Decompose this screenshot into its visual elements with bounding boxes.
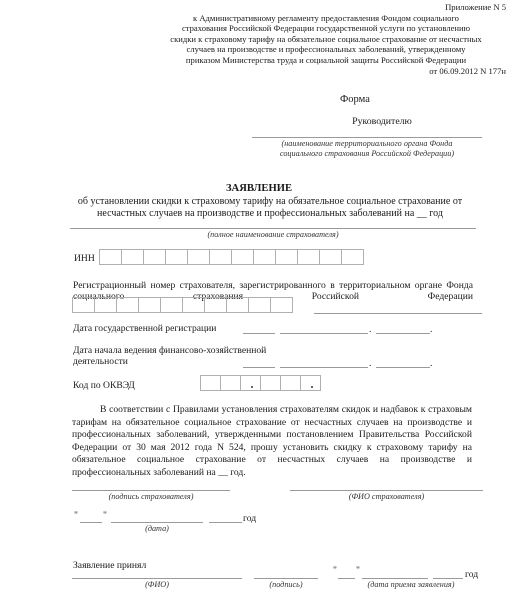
appendix-number: Приложение N 5 <box>146 2 506 13</box>
digit-box[interactable] <box>138 297 161 313</box>
digit-box[interactable] <box>275 249 298 265</box>
accepted-signature-field[interactable] <box>254 578 318 579</box>
digit-box[interactable] <box>165 249 188 265</box>
okved-label: Код по ОКВЭД <box>73 380 135 391</box>
inn-field[interactable] <box>100 249 364 265</box>
insurer-signature-note: (подпись страхователя) <box>72 492 230 502</box>
digit-box[interactable] <box>300 375 321 391</box>
state-reg-day-field[interactable] <box>243 333 275 334</box>
inn-label: ИНН <box>74 253 95 264</box>
activity-month-field[interactable] <box>280 367 368 368</box>
quote-open: " <box>333 565 337 576</box>
insurer-signature-field[interactable] <box>72 490 230 491</box>
digit-box[interactable] <box>143 249 166 265</box>
digit-box[interactable] <box>341 249 364 265</box>
digit-box[interactable] <box>270 297 293 313</box>
digit-box[interactable] <box>260 375 281 391</box>
document-title: ЗАЯВЛЕНИЕ <box>0 183 518 194</box>
digit-box[interactable] <box>220 375 241 391</box>
activity-start-date-label: Дата начала ведения финансово-хозяйствен… <box>73 345 266 367</box>
digit-box[interactable] <box>200 375 221 391</box>
insurer-name-field[interactable] <box>70 228 476 229</box>
digit-box[interactable] <box>94 297 117 313</box>
accepted-label: Заявление принял <box>73 560 146 571</box>
activity-year-field[interactable] <box>376 367 430 368</box>
digit-box[interactable] <box>319 249 342 265</box>
form-label: Форма <box>340 94 370 105</box>
insurer-fio-note: (ФИО страхователя) <box>290 492 483 502</box>
accepted-fio-field[interactable] <box>72 578 242 579</box>
year-label: год <box>465 569 478 580</box>
separator-dot: . <box>430 358 432 369</box>
accepted-date-note: (дата приема заявления) <box>356 580 466 590</box>
registration-extra-field[interactable] <box>314 313 482 314</box>
digit-box[interactable] <box>253 249 276 265</box>
registration-number-field[interactable] <box>73 297 293 313</box>
accepted-month-field[interactable] <box>362 578 428 579</box>
digit-box[interactable] <box>116 297 139 313</box>
quote-open: " <box>74 510 78 521</box>
header-line: приказом Министерства труда и социальной… <box>146 55 506 66</box>
digit-box[interactable] <box>226 297 249 313</box>
quote-close: " <box>356 565 360 576</box>
digit-box[interactable] <box>204 297 227 313</box>
accepted-day-field[interactable] <box>338 578 355 579</box>
separator-dot: . <box>369 324 371 335</box>
addressee-note-line: (наименование территориального органа Фо… <box>252 139 482 149</box>
dot-separator <box>251 386 253 388</box>
digit-box[interactable] <box>99 249 122 265</box>
accepted-year-field[interactable] <box>433 578 463 579</box>
addressee-label: Руководителю <box>340 116 424 127</box>
accepted-fio-note: (ФИО) <box>72 580 242 590</box>
digit-box[interactable] <box>187 249 210 265</box>
appendix-header: Приложение N 5 к Административному регла… <box>146 2 506 76</box>
digit-box[interactable] <box>297 249 320 265</box>
addressee-field[interactable] <box>252 137 482 138</box>
state-reg-year-field[interactable] <box>376 333 430 334</box>
digit-box[interactable] <box>248 297 271 313</box>
header-line: к Административному регламенту предостав… <box>146 13 506 24</box>
digit-box[interactable] <box>209 249 232 265</box>
addressee-note-line: социального страхования Российской Федер… <box>252 149 482 159</box>
header-line: страхования Российской Федерации государ… <box>146 23 506 34</box>
addressee-note: (наименование территориального органа Фо… <box>252 139 482 159</box>
separator-dot: . <box>369 358 371 369</box>
signature-date-note: (дата) <box>111 524 203 534</box>
digit-box[interactable] <box>240 375 261 391</box>
order-reference: от 06.09.2012 N 177н <box>146 66 506 77</box>
digit-box[interactable] <box>72 297 95 313</box>
digit-box[interactable] <box>121 249 144 265</box>
digit-box[interactable] <box>231 249 254 265</box>
signature-day-field[interactable] <box>80 522 102 523</box>
digit-box[interactable] <box>280 375 301 391</box>
separator-dot: . <box>430 324 432 335</box>
document-subtitle: об установлении скидки к страховому тари… <box>60 196 480 220</box>
state-registration-date-label: Дата государственной регистрации <box>73 323 216 334</box>
dot-separator <box>311 386 313 388</box>
quote-close: " <box>103 510 107 521</box>
digit-box[interactable] <box>160 297 183 313</box>
year-label: год <box>243 513 256 524</box>
accepted-signature-note: (подпись) <box>254 580 318 590</box>
request-paragraph: В соответствии с Правилами установления … <box>72 404 472 480</box>
insurer-name-note: (полное наименование страхователя) <box>70 230 476 240</box>
state-reg-month-field[interactable] <box>280 333 368 334</box>
okved-field[interactable] <box>201 375 321 391</box>
header-line: скидки к страховому тарифу на обязательн… <box>146 34 506 45</box>
activity-day-field[interactable] <box>243 367 275 368</box>
insurer-fio-field[interactable] <box>290 490 483 491</box>
header-line: случаев на производстве и профессиональн… <box>146 44 506 55</box>
signature-year-field[interactable] <box>209 522 242 523</box>
digit-box[interactable] <box>182 297 205 313</box>
signature-month-field[interactable] <box>111 522 203 523</box>
